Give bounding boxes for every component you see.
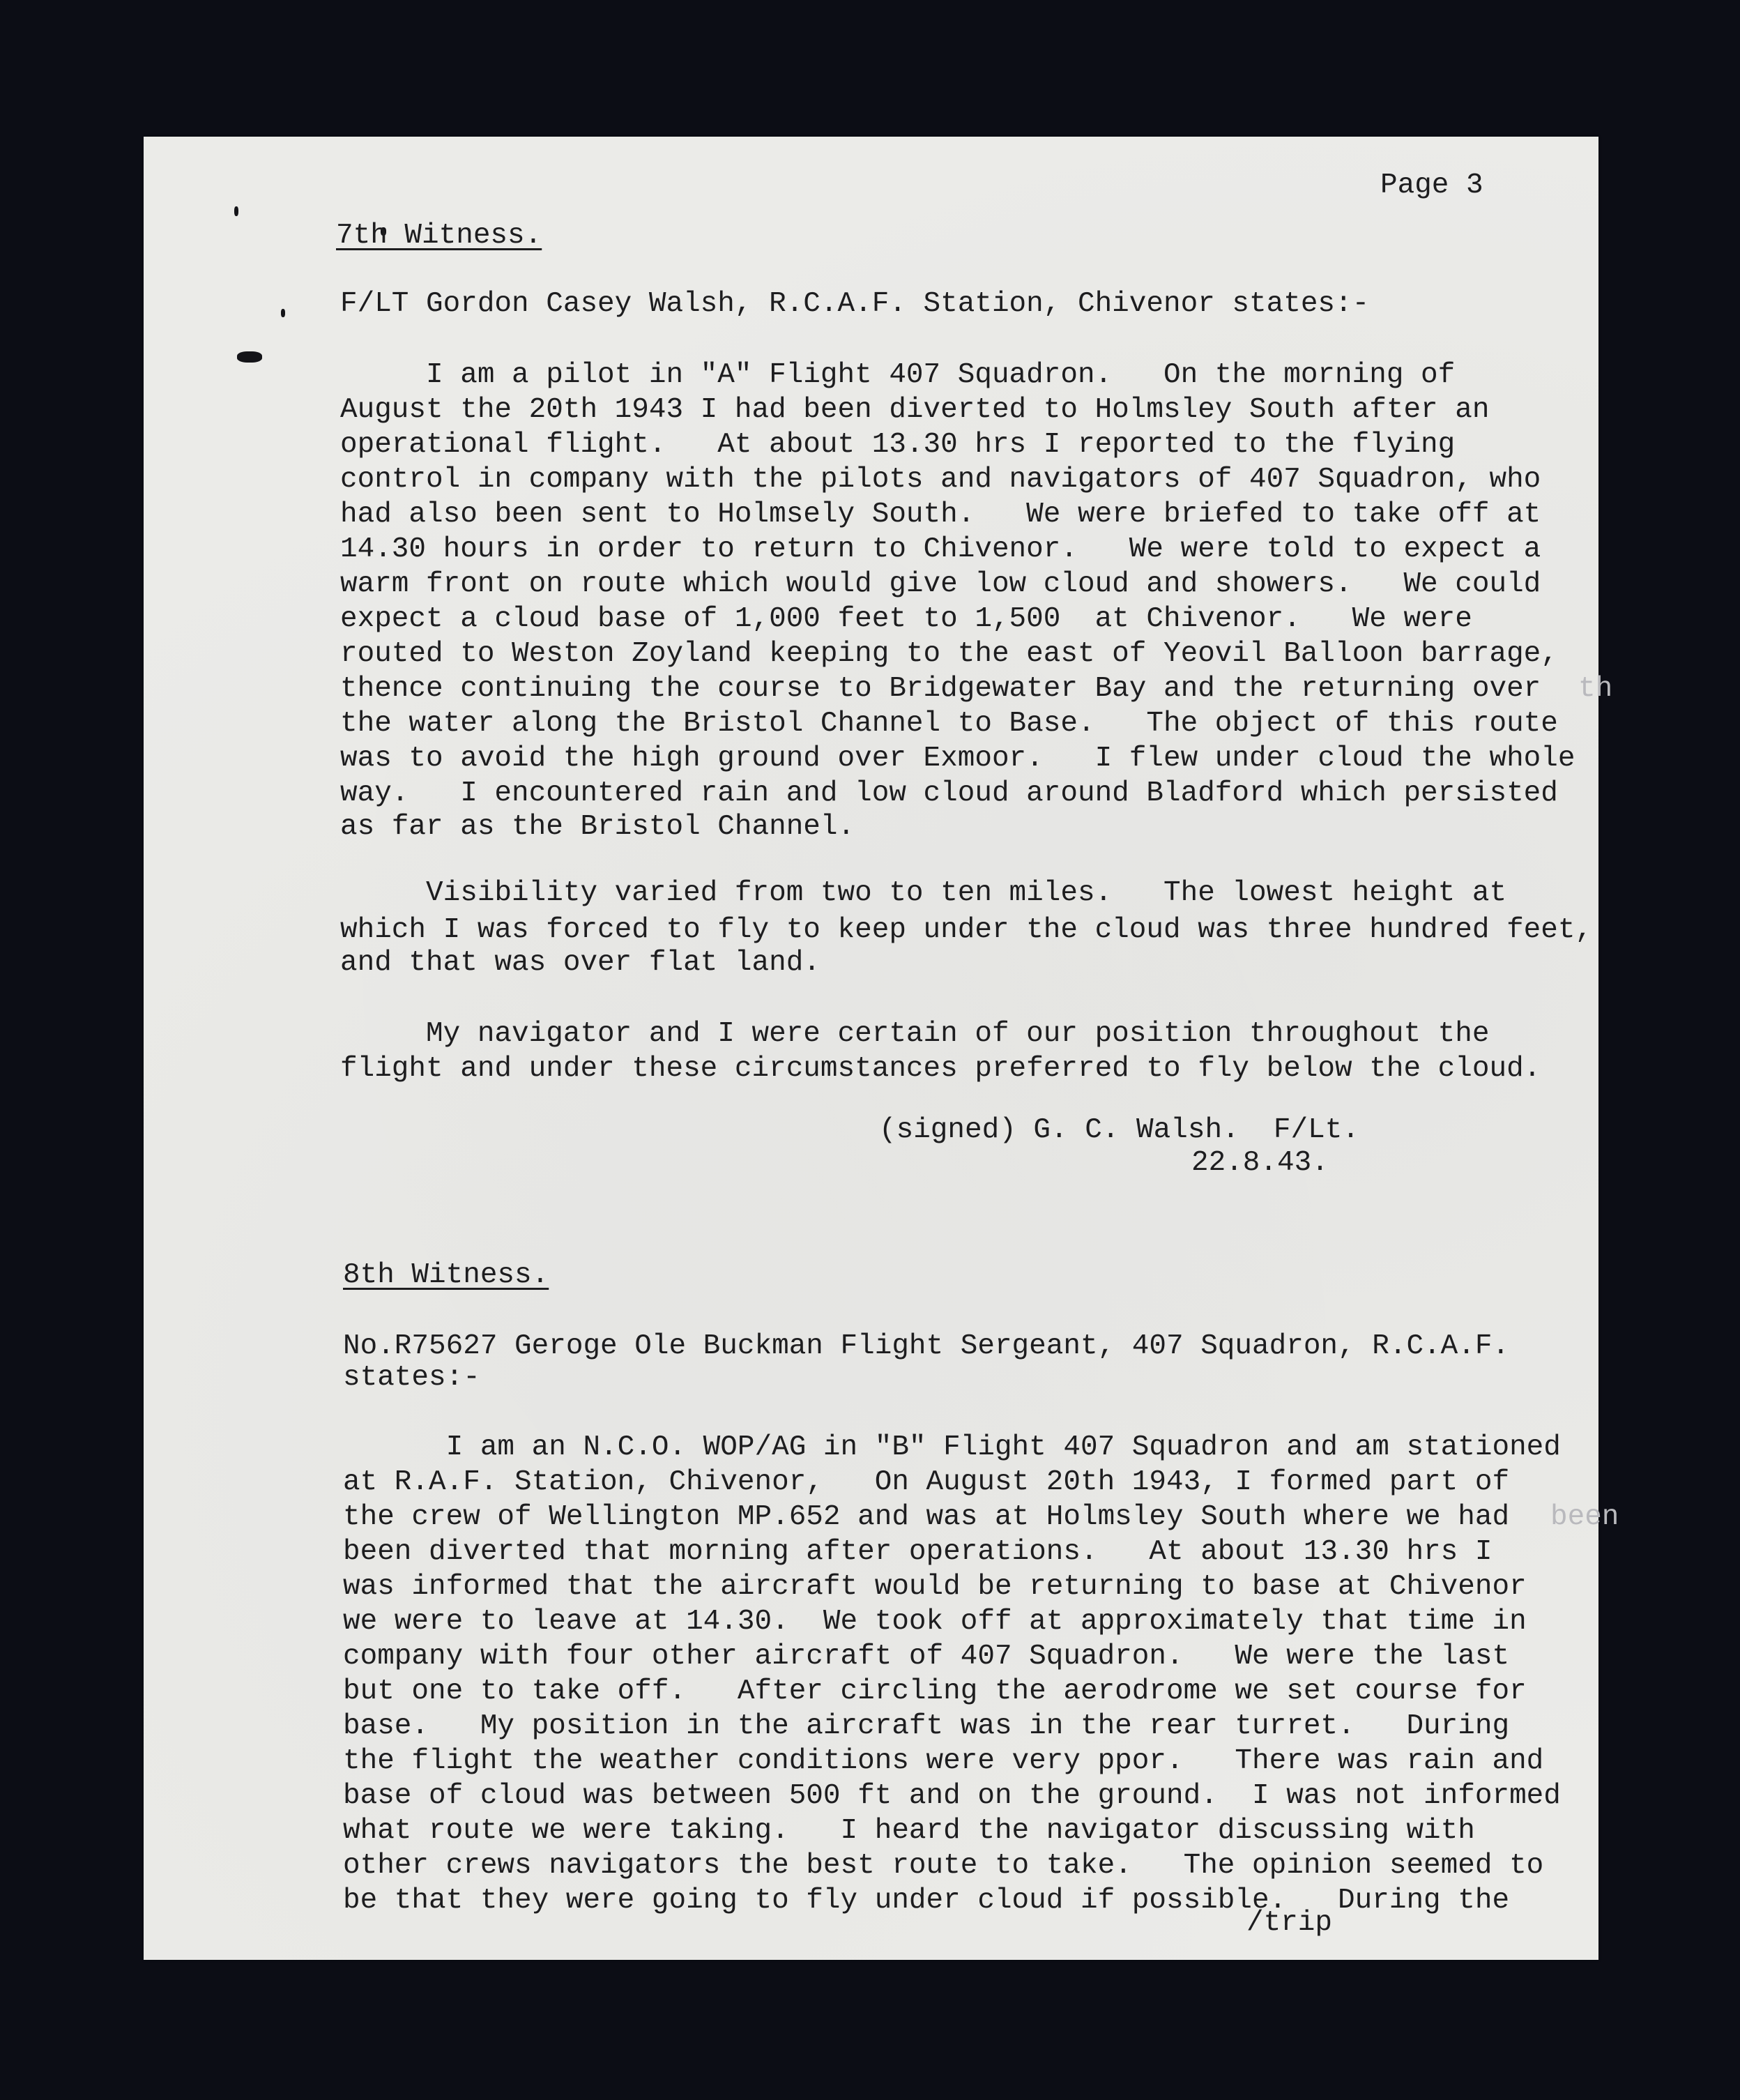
text-line: 14.30 hours in order to return to Chiven… (340, 535, 1541, 564)
text-line: as far as the Bristol Channel. (340, 813, 855, 842)
text-line: expect a cloud base of 1,000 feet to 1,5… (340, 605, 1472, 634)
document-page: Page 3 7th Witness. F/LT Gordon Casey Wa… (144, 137, 1598, 1960)
signature-date: 22.8.43. (1191, 1149, 1329, 1178)
text-line: I am a pilot in "A" Flight 407 Squadron.… (340, 361, 1455, 390)
text-line: been diverted that morning after operati… (343, 1538, 1492, 1567)
text-line: and that was over flat land. (340, 949, 821, 977)
text-line: routed to Weston Zoyland keeping to the … (340, 640, 1558, 669)
signature: (signed) G. C. Walsh. F/Lt. (879, 1116, 1359, 1145)
text-line: flight and under these circumstances pre… (340, 1055, 1541, 1083)
text-line: what route we were taking. I heard the n… (343, 1817, 1475, 1846)
text-line: Visibility varied from two to ten miles.… (340, 879, 1506, 908)
text-line: the crew of Wellington MP.652 and was at… (343, 1503, 1509, 1532)
margin-bleed-text: th (1578, 675, 1612, 703)
text-line: warm front on route which would give low… (340, 570, 1541, 599)
text-line: I am an N.C.O. WOP/AG in "B" Flight 407 … (343, 1433, 1561, 1462)
text-line: other crews navigators the best route to… (343, 1852, 1543, 1880)
witness-intro: F/LT Gordon Casey Walsh, R.C.A.F. Statio… (340, 290, 1369, 319)
text-line: control in company with the pilots and n… (340, 466, 1541, 494)
punch-hole-mark (281, 309, 285, 317)
text-line: be that they were going to fly under clo… (343, 1887, 1509, 1915)
text-line: was informed that the aircraft would be … (343, 1573, 1527, 1601)
text-line: the water along the Bristol Channel to B… (340, 710, 1558, 738)
text-line: but one to take off. After circling the … (343, 1677, 1527, 1706)
text-line: My navigator and I were certain of our p… (340, 1020, 1489, 1049)
witness-intro: No.R75627 Geroge Ole Buckman Flight Serg… (343, 1332, 1509, 1361)
text-line: company with four other aircraft of 407 … (343, 1643, 1509, 1671)
text-line: August the 20th 1943 I had been diverted… (340, 396, 1489, 425)
section-heading-7th-witness: 7th Witness. (336, 222, 542, 250)
page-number: Page 3 (1380, 172, 1483, 200)
text-line: base. My position in the aircraft was in… (343, 1712, 1509, 1741)
text-line: way. I encountered rain and low cloud ar… (340, 779, 1558, 808)
text-line: base of cloud was between 500 ft and on … (343, 1782, 1561, 1811)
punch-hole-mark (234, 206, 238, 216)
text-line: at R.A.F. Station, Chivenor, On August 2… (343, 1468, 1509, 1497)
witness-intro: states:- (343, 1364, 480, 1392)
text-line: was to avoid the high ground over Exmoor… (340, 745, 1575, 773)
continuation-catchword: /trip (1246, 1909, 1332, 1938)
text-line: thence continuing the course to Bridgewa… (340, 675, 1541, 703)
text-line: we were to leave at 14.30. We took off a… (343, 1608, 1527, 1636)
section-heading-8th-witness: 8th Witness. (343, 1261, 549, 1290)
text-line: operational flight. At about 13.30 hrs I… (340, 431, 1455, 459)
text-line: which I was forced to fly to keep under … (340, 916, 1592, 945)
text-line: had also been sent to Holmsely South. We… (340, 501, 1541, 529)
text-line: the flight the weather conditions were v… (343, 1747, 1543, 1776)
margin-bleed-text: been (1550, 1503, 1619, 1532)
punch-hole-mark (237, 351, 262, 363)
